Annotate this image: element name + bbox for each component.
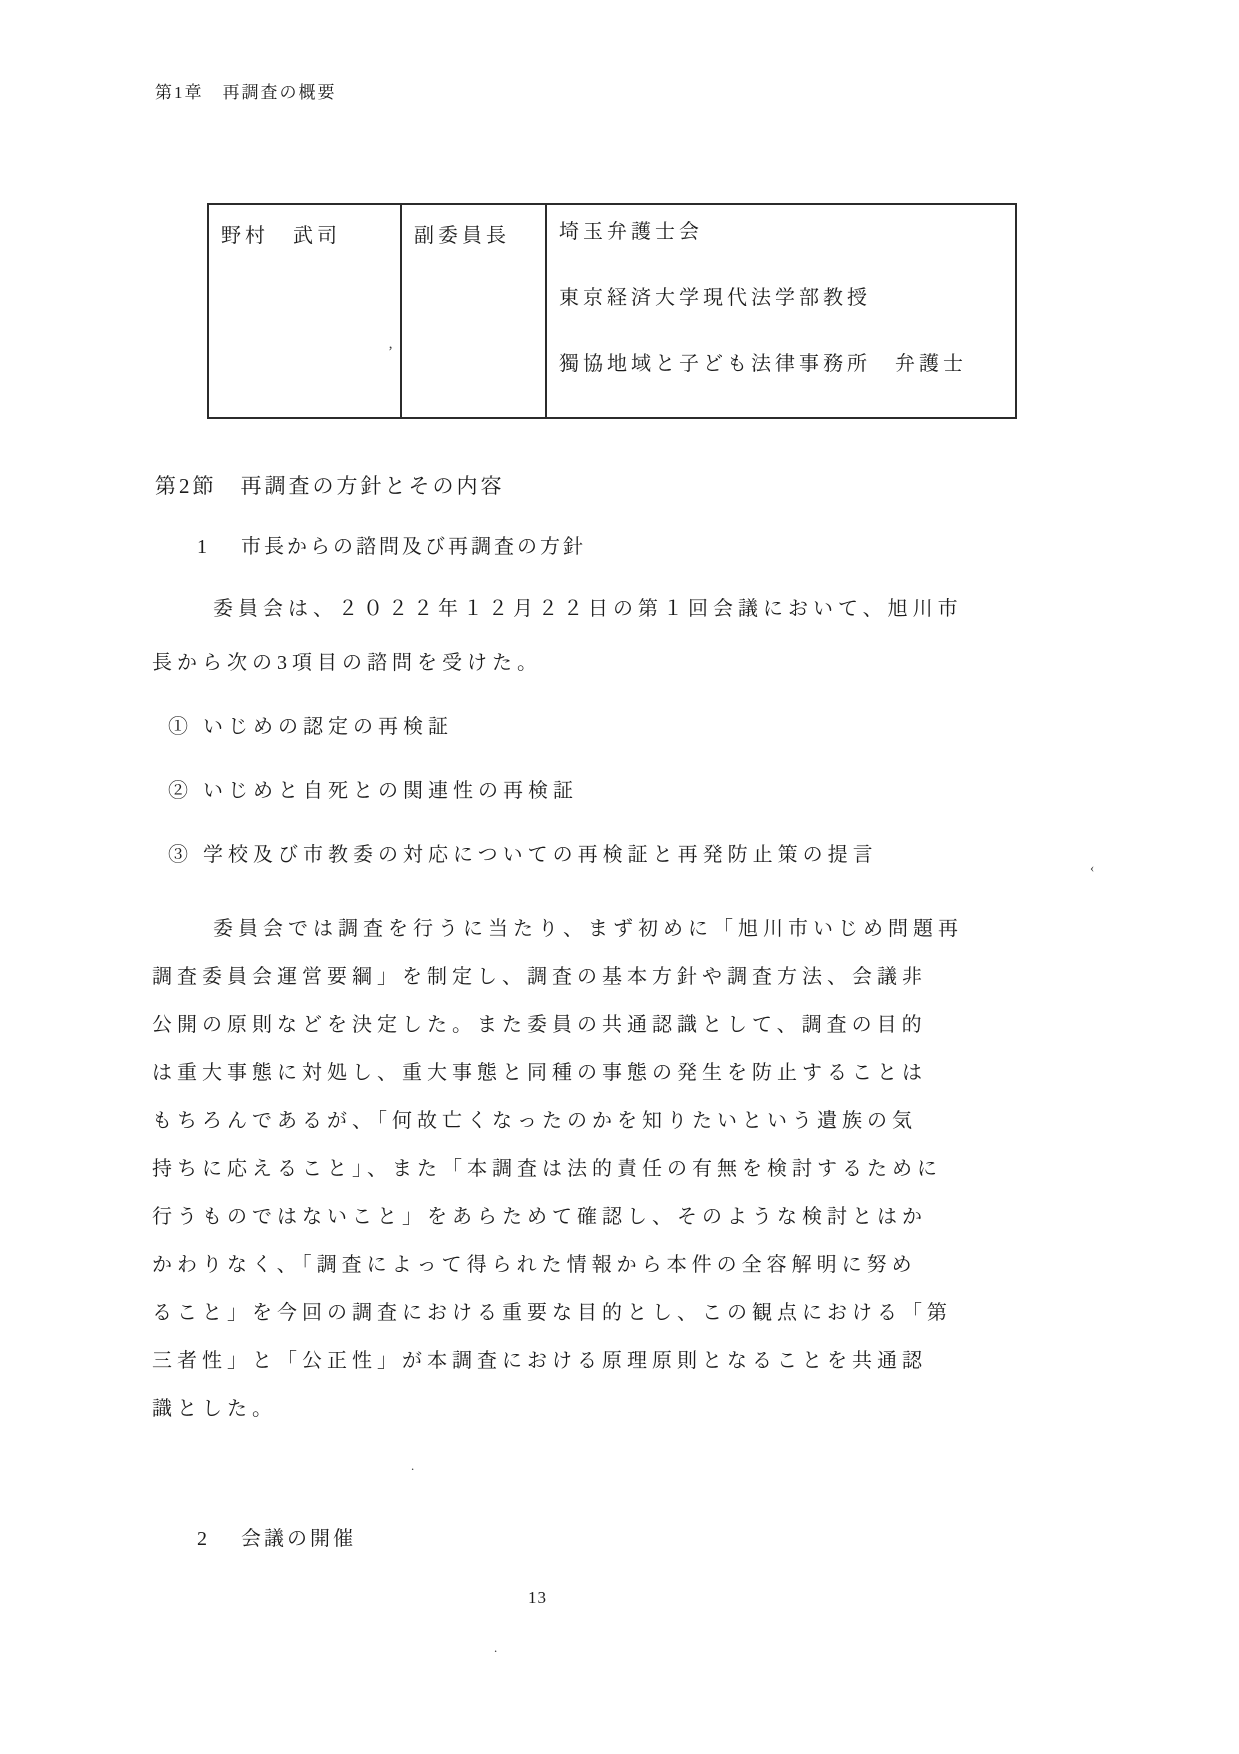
affiliation-line: 東京経済大学現代法学部教授 (559, 285, 1009, 311)
chapter-header: 第1章 再調査の概要 (155, 78, 337, 103)
subsection-1-title: 市長からの諮問及び再調査の方針 (241, 536, 586, 558)
scan-artifact-mark: ‹ (1090, 860, 1094, 876)
scan-artifact-mark: ’ (388, 344, 393, 361)
member-table: 野村 武司 副委員長 埼玉弁護士会 東京経済大学現代法学部教授 獨協地域と子ども… (207, 203, 1017, 419)
body-line: 公開の原則などを決定した。また委員の共通認識として、調査の目的 (152, 1012, 927, 1038)
scan-artifact-mark: . (494, 1640, 497, 1656)
subsection-2-heading: 2会議の開催 (197, 1522, 356, 1551)
body-line: 三者性」と「公正性」が本調査における原理原則となることを共通認 (152, 1348, 927, 1374)
page-number: 13 (528, 1588, 547, 1608)
subsection-2-title: 会議の開催 (241, 1528, 356, 1550)
referral-item-3: ③ 学校及び市教委の対応についての再検証と再発防止策の提言 (168, 842, 878, 868)
body-line: 持ちに応えること」、また「本調査は法的責任の有無を検討するために (152, 1156, 942, 1182)
intro-line: 長から次の3項目の諮問を受けた。 (152, 650, 542, 676)
table-row: 野村 武司 副委員長 埼玉弁護士会 東京経済大学現代法学部教授 獨協地域と子ども… (208, 204, 1016, 418)
scan-artifact-mark: . (411, 1458, 414, 1474)
referral-item-1: ① いじめの認定の再検証 (168, 714, 453, 740)
body-line: 行うものではないこと」をあらためて確認し、そのような検討とはか (152, 1204, 927, 1230)
body-line: 識とした。 (152, 1396, 277, 1422)
referral-item-2: ② いじめと自死との関連性の再検証 (168, 778, 578, 804)
affiliation-line: 獨協地域と子ども法律事務所 弁護士 (559, 351, 1009, 377)
member-role-cell: 副委員長 (401, 204, 546, 418)
member-affiliation-cell: 埼玉弁護士会 東京経済大学現代法学部教授 獨協地域と子ども法律事務所 弁護士 (546, 204, 1016, 418)
member-name-cell: 野村 武司 (208, 204, 401, 418)
body-line: は重大事態に対処し、重大事態と同種の事態の発生を防止することは (152, 1060, 927, 1086)
document-page: 第1章 再調査の概要 野村 武司 副委員長 埼玉弁護士会 東京経済大学現代法学部… (0, 0, 1239, 1754)
body-line: もちろんであるが、「何故亡くなったのかを知りたいという遺族の気 (152, 1108, 917, 1134)
subsection-1-heading: 1市長からの諮問及び再調査の方針 (197, 530, 586, 559)
body-line: 調査委員会運営要綱」を制定し、調査の基本方針や調査方法、会議非 (152, 964, 927, 990)
body-line: 委員会では調査を行うに当たり、まず初めに「旭川市いじめ問題再 (213, 916, 963, 942)
affiliation-line: 埼玉弁護士会 (559, 219, 1009, 245)
body-line: ること」を今回の調査における重要な目的とし、この観点における「第 (152, 1300, 952, 1326)
subsection-2-number: 2 (197, 1528, 207, 1551)
intro-line: 委員会は、２０２２年１２月２２日の第１回会議において、旭川市 (213, 596, 963, 622)
subsection-1-number: 1 (197, 536, 207, 559)
body-line: かわりなく、「調査によって得られた情報から本件の全容解明に努め (152, 1252, 917, 1278)
section-heading: 第2節 再調査の方針とその内容 (155, 470, 505, 500)
